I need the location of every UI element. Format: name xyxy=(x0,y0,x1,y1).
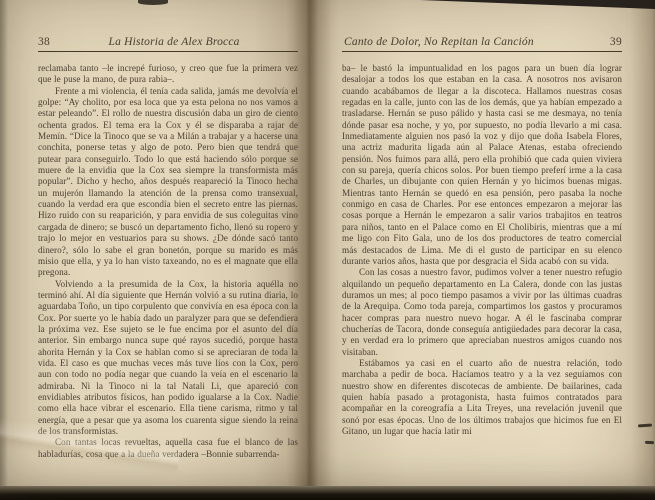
page-right-content: Canto de Dolor, No Repitan la Canción 39… xyxy=(308,0,655,437)
paragraph: Estábamos ya casi en el cuarto año de nu… xyxy=(342,358,622,437)
running-title-right: Canto de Dolor, No Repitan la Canción xyxy=(342,36,610,48)
page-right-header: Canto de Dolor, No Repitan la Canción 39 xyxy=(342,36,622,52)
book-bottom-edge xyxy=(0,486,655,500)
running-title-left: La Historia de Alex Brocca xyxy=(50,36,298,48)
book-page-left: 38 La Historia de Alex Brocca reclamaba … xyxy=(0,0,308,488)
page-left-content: 38 La Historia de Alex Brocca reclamaba … xyxy=(0,0,308,460)
page-right-body: ba– le bastó la impuntualidad en los pag… xyxy=(342,63,622,437)
book-photo: 38 La Historia de Alex Brocca reclamaba … xyxy=(0,0,655,500)
page-number-right: 39 xyxy=(610,36,622,48)
paragraph: reclamaba tanto –le increpé furioso, y c… xyxy=(38,63,298,86)
paragraph: ba– le bastó la impuntualidad en los pag… xyxy=(342,63,622,267)
paragraph: Con las cosas a nuestro favor, pudimos v… xyxy=(342,267,622,358)
page-left-header: 38 La Historia de Alex Brocca xyxy=(38,36,298,52)
book-page-right: Canto de Dolor, No Repitan la Canción 39… xyxy=(308,0,655,488)
paragraph: Volviendo a la presumida de la Cox, la h… xyxy=(38,279,298,438)
page-number-left: 38 xyxy=(38,36,50,48)
paragraph: Frente a mi violencia, él tenía cada sal… xyxy=(38,86,298,279)
paragraph: Con tantas locas revueltas, aquella casa… xyxy=(38,437,298,460)
page-left-body: reclamaba tanto –le increpé furioso, y c… xyxy=(38,63,298,460)
